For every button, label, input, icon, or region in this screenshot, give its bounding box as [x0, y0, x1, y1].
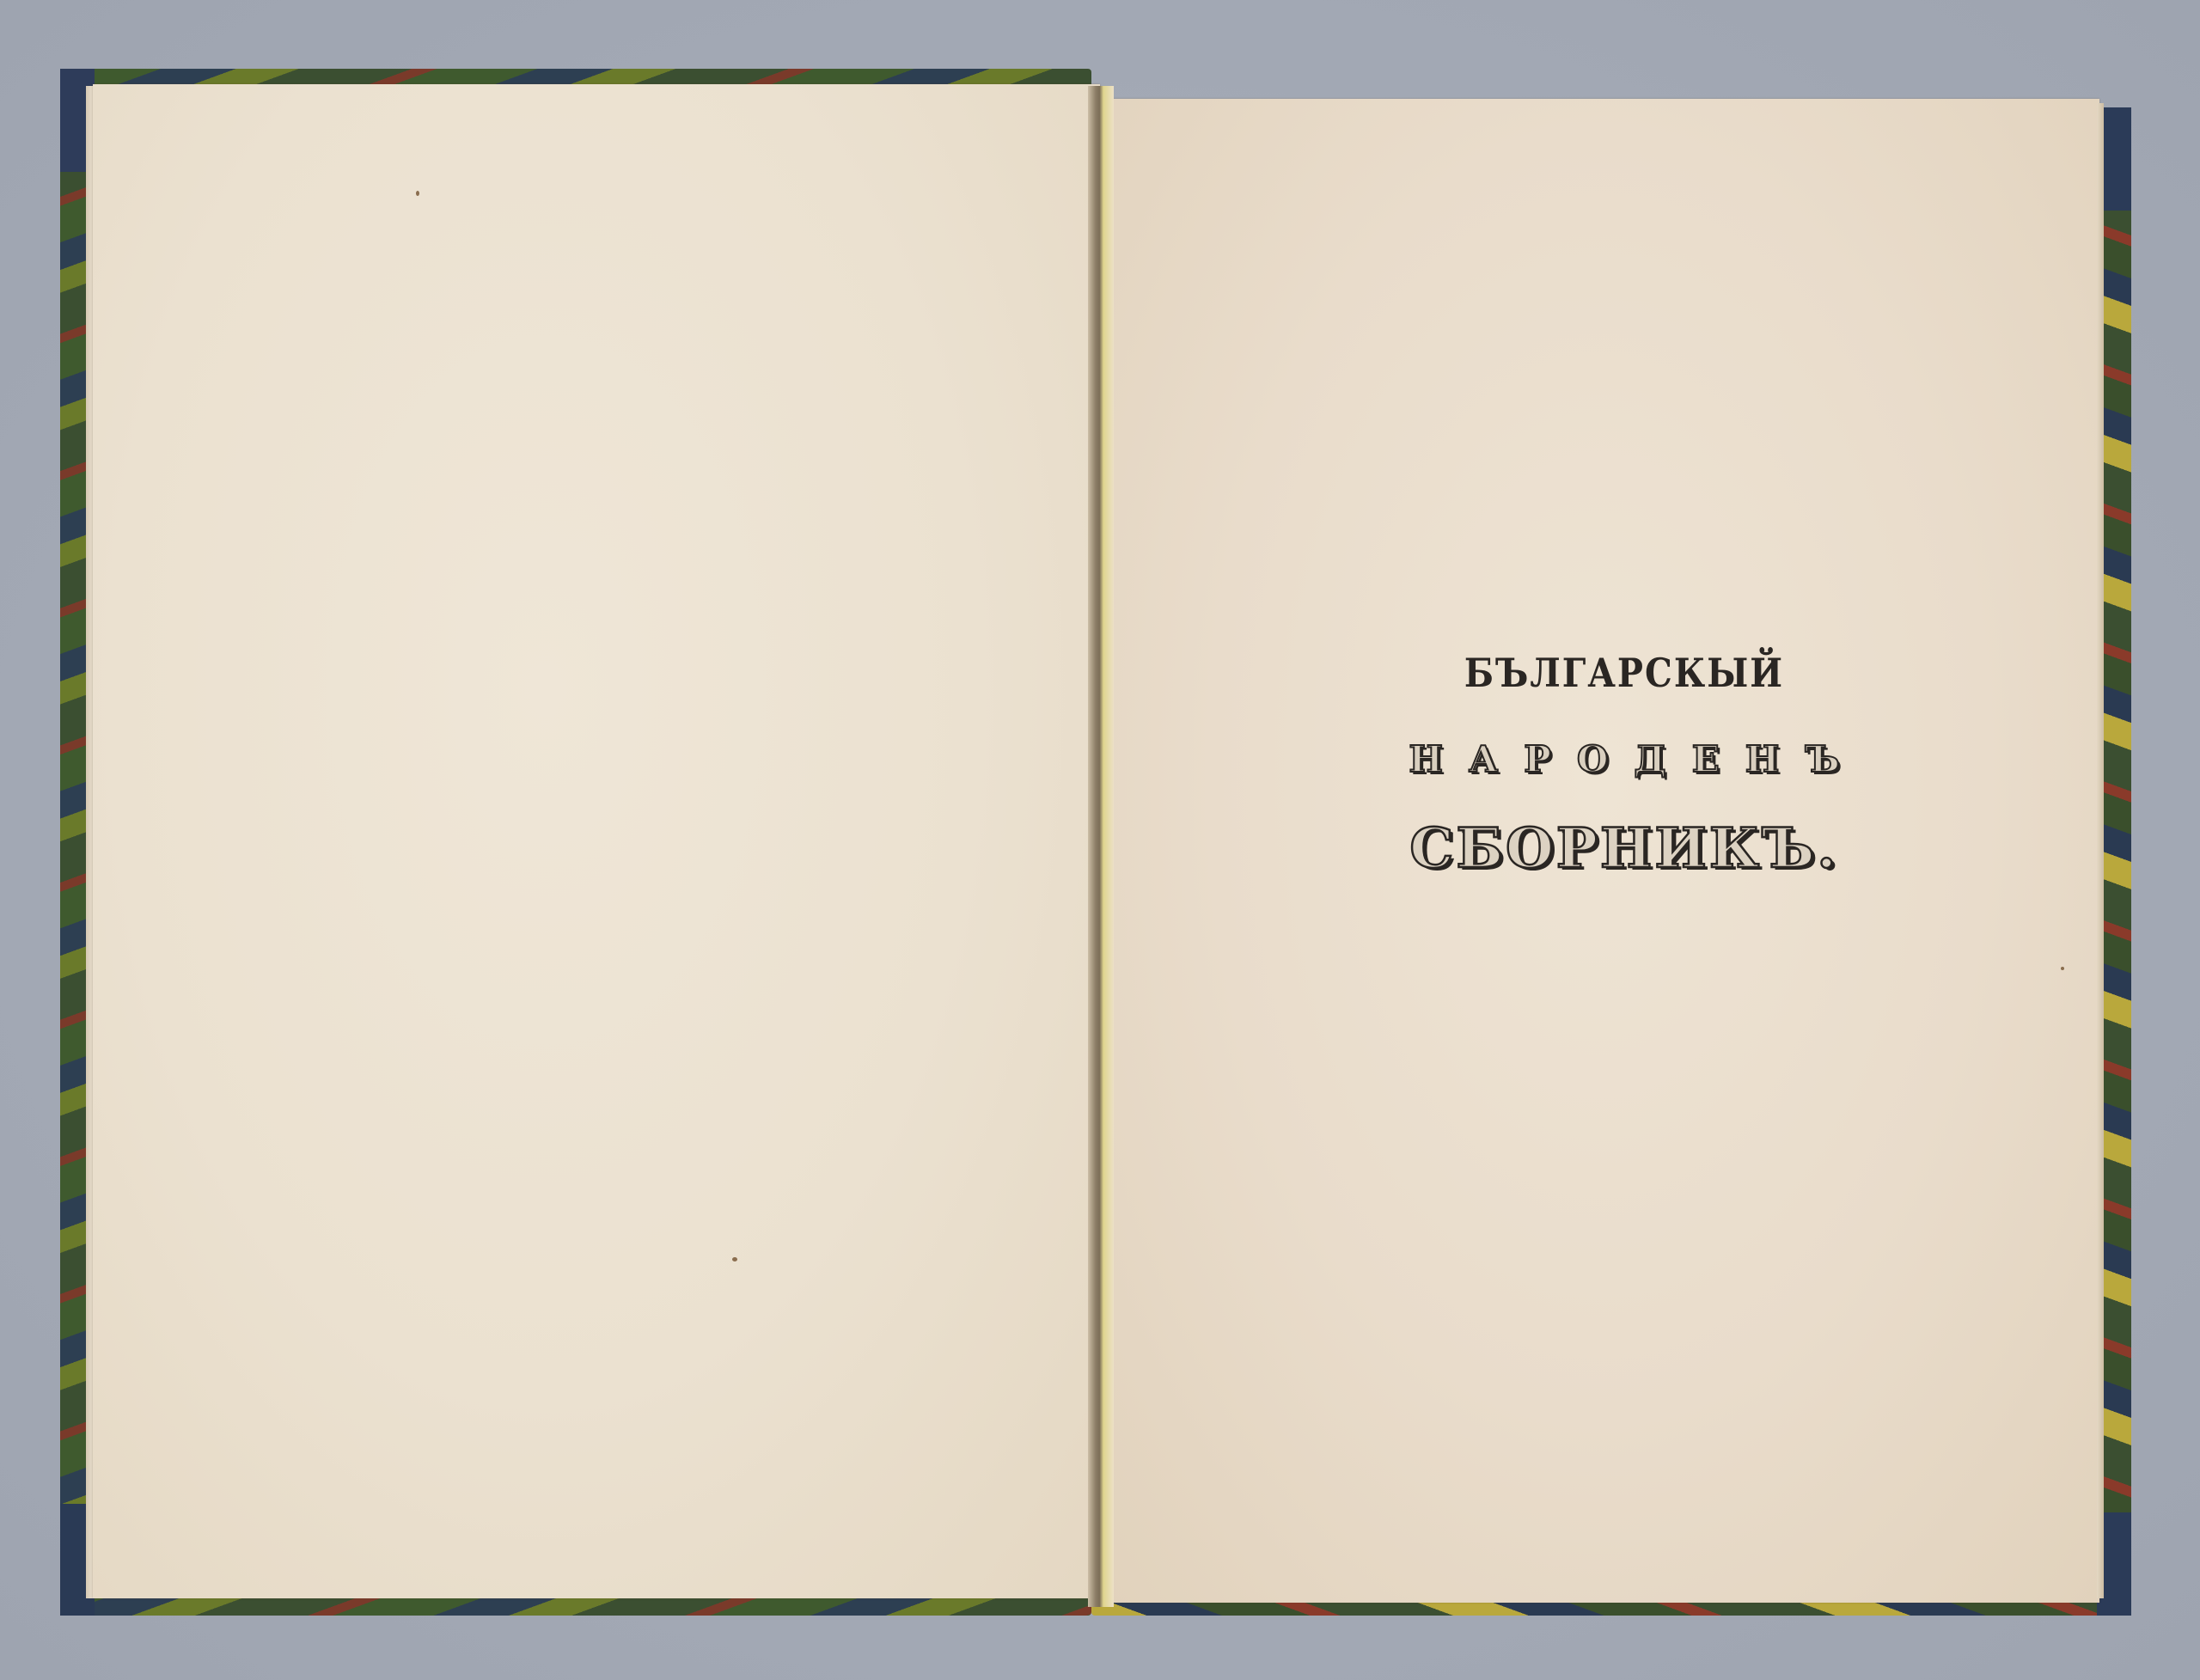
title-line-collection: СБОРНИКЪ.	[1409, 816, 1838, 881]
title-line-folk: НАРОДЕНЪ	[1383, 738, 1865, 780]
foxing-spot	[2061, 967, 2064, 970]
book-gutter	[1088, 86, 1114, 1607]
title-block: БЪЛГАРСКЫЙ НАРОДЕНЪ СБОРНИКЪ.	[1203, 653, 2045, 881]
foxing-spot	[732, 1257, 737, 1262]
title-line-bulgarian: БЪЛГАРСКЫЙ	[1464, 650, 1784, 696]
left-page-blank	[93, 84, 1100, 1598]
foxing-spot	[416, 191, 419, 196]
right-page-edge	[2097, 103, 2104, 1598]
